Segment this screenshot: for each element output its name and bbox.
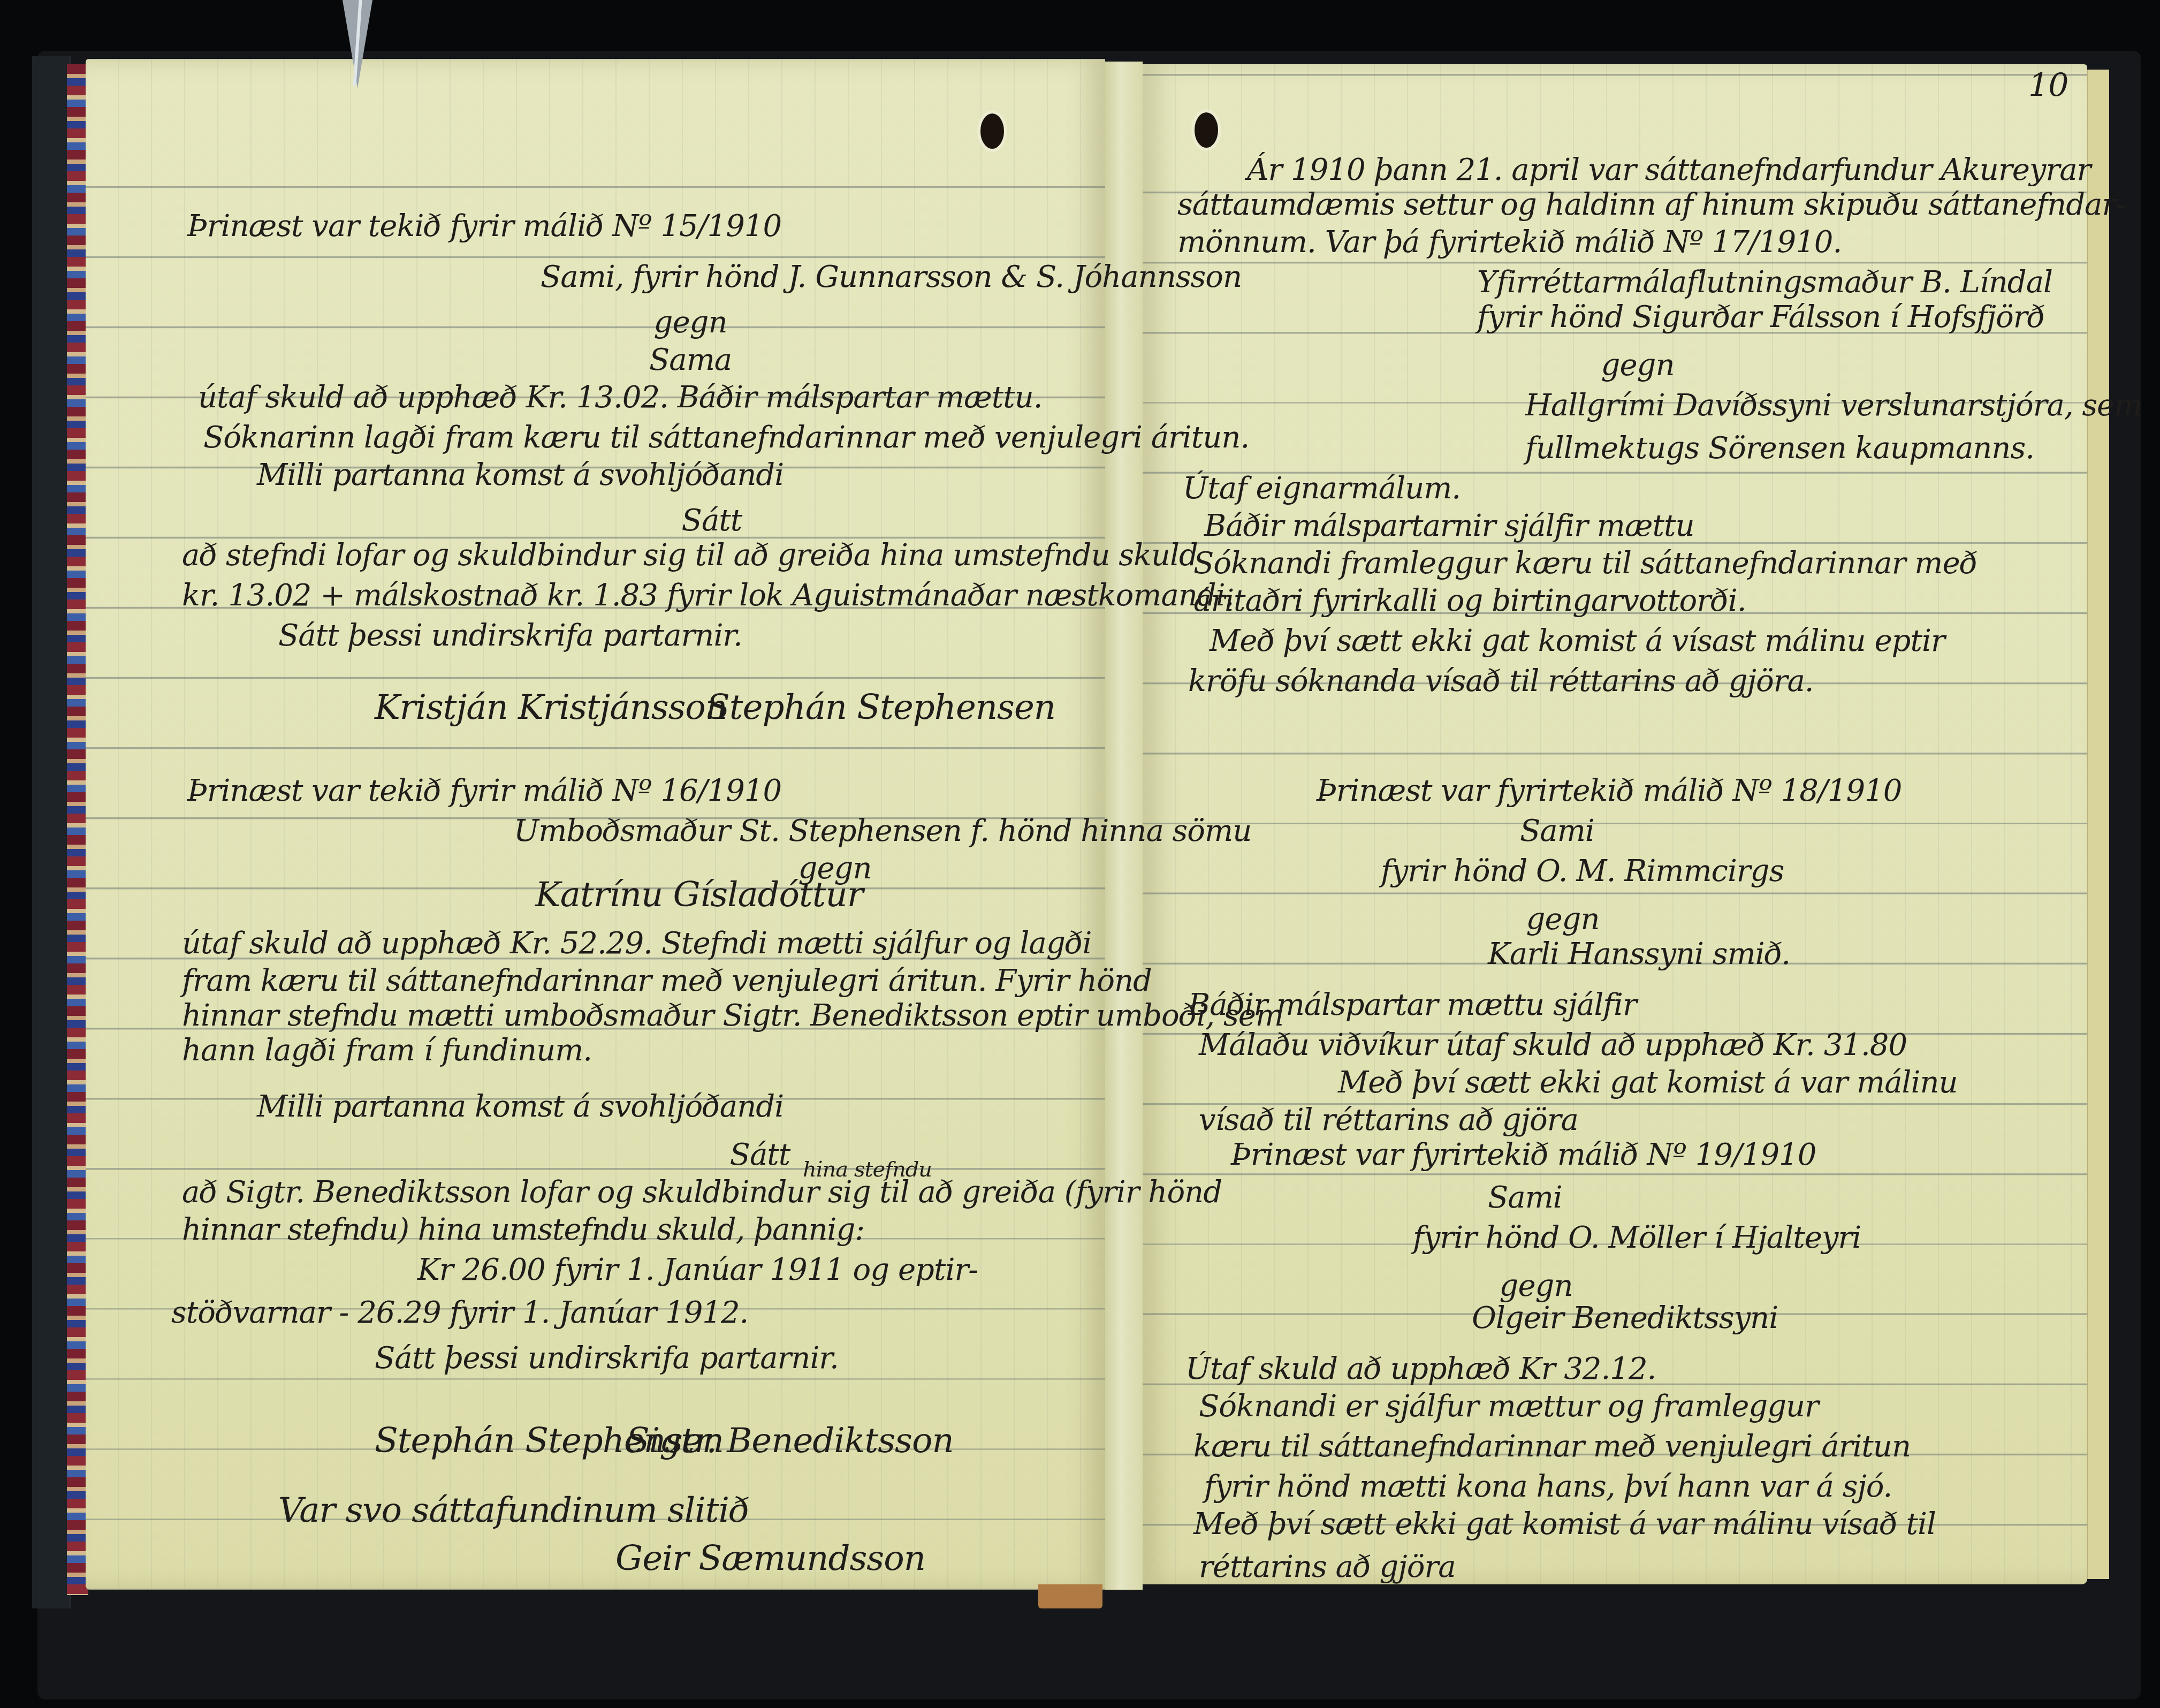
plaintiff-line: Umboðsmaður St. Stephensen f. hönd hinna… <box>514 816 1251 846</box>
defendant-line: Katrínu Gísladóttur <box>535 878 863 912</box>
punch-hole-icon <box>1195 112 1218 148</box>
body-line: Ár 1910 þann 21. april var sáttanefndarf… <box>1247 155 2090 185</box>
body-line: kröfu sóknanda vísað til réttarins að gj… <box>1188 666 1814 696</box>
body-line: hann lagði fram í fundinum. <box>182 1036 592 1066</box>
page-number: 10 <box>2028 70 2068 102</box>
plaintiff-line: Sami <box>1520 816 1594 846</box>
defendant-line: fullmektugs Sörensen kaupmanns. <box>1525 434 2034 464</box>
body-line: hinnar stefndu) hina umstefndu skuld, þa… <box>182 1215 864 1245</box>
body-line: fyrir hönd mætti kona hans, því hann var… <box>1204 1472 1892 1502</box>
body-line: Með því sætt ekki gat komist á var málin… <box>1338 1068 1958 1098</box>
signature: Sigtr. Benediktsson <box>626 1424 954 1458</box>
body-line: Milli partanna komst á svohljóðandi <box>257 1092 784 1122</box>
defendant-line: Karli Hanssyni smið. <box>1488 939 1790 969</box>
closing-line: Var svo sáttafundinum slitið <box>278 1493 749 1528</box>
plaintiff-line: fyrir hönd Sigurðar Fálsson í Hofsfjörð <box>1477 302 2044 332</box>
body-line: Sóknandi framleggur kæru til sáttanefnda… <box>1193 549 1977 579</box>
body-line: Sátt þessi undirskrifa partarnir. <box>278 621 742 651</box>
entry-heading: Þrinæst var fyrirtekið málið Nº 19/1910 <box>1231 1140 1816 1170</box>
payment-line: Kr 26.00 fyrir 1. Janúar 1911 og eptir- <box>417 1255 978 1285</box>
body-line: að Sigtr. Benediktsson lofar og skuldbin… <box>182 1178 1222 1208</box>
plaintiff-line: fyrir hönd O. M. Rimmcirgs <box>1381 856 1784 886</box>
body-line: að stefndi lofar og skuldbindur sig til … <box>182 541 1198 571</box>
settlement-heading: Sátt <box>682 506 742 536</box>
body-line: Útaf eignarmálum. <box>1183 474 1461 504</box>
body-line: Báðir málspartar mættu sjálfir <box>1188 990 1637 1020</box>
against-label: gegn <box>1500 1271 1573 1301</box>
chairman-signature: Geir Sæmundsson <box>615 1542 925 1576</box>
body-line: Milli partanna komst á svohljóðandi <box>257 460 784 490</box>
body-line: Sóknandi er sjálfur mættur og framleggur <box>1199 1392 1819 1422</box>
signature: Stephán Stephensen <box>706 690 1055 725</box>
defendant-line: Olgeir Benediktssyni <box>1472 1303 1778 1333</box>
plaintiff-line: Yfirréttarmálaflutningsmaður B. Líndal <box>1477 268 2052 298</box>
plaintiff-line: Sami <box>1488 1183 1562 1213</box>
body-line: hinnar stefndu mætti umboðsmaður Sigtr. … <box>182 1001 1283 1031</box>
entry-heading: Þrinæst var tekið fyrir málið Nº 16/1910 <box>187 776 781 806</box>
body-line: áritaðri fyrirkalli og birtingarvottorði… <box>1193 586 1746 616</box>
body-line: réttarins að gjöra <box>1199 1552 1456 1582</box>
body-line: sáttaumdæmis settur og haldinn af hinum … <box>1177 190 2125 220</box>
signature: Kristján Kristjánsson <box>375 690 727 725</box>
body-line: Útaf skuld að upphæð Kr 32.12. <box>1185 1354 1656 1384</box>
settlement-heading: Sátt <box>730 1140 790 1170</box>
defendant-line: Hallgrími Davíðssyni verslunarstjóra, se… <box>1525 391 2142 421</box>
body-line: mönnum. Var þá fyrirtekið málið Nº 17/19… <box>1177 227 1842 257</box>
body-line: fram kæru til sáttanefndarinnar með venj… <box>182 966 1152 996</box>
body-line: kr. 13.02 + málskostnað kr. 1.83 fyrir l… <box>182 581 1234 611</box>
against-label: gegn <box>1601 351 1675 381</box>
body-line: Báðir málspartarnir sjálfir mættu <box>1204 511 1694 541</box>
punch-hole-icon <box>980 113 1004 149</box>
entry-heading: Þrinæst var fyrirtekið málið Nº 18/1910 <box>1317 776 1902 806</box>
body-line: vísað til réttarins að gjöra <box>1199 1105 1578 1135</box>
page-block-edge <box>2087 70 2109 1579</box>
defendant-line: Sama <box>649 345 732 375</box>
plaintiff-line: fyrir hönd O. Möller í Hjalteyri <box>1413 1223 1861 1253</box>
body-line: Með því sætt ekki gat komist á var málin… <box>1193 1509 1936 1539</box>
against-label: gegn <box>1526 905 1600 935</box>
entry-heading: Þrinæst var tekið fyrir málið Nº 15/1910 <box>187 211 781 241</box>
body-line: Málaðu viðvíkur útaf skuld að upphæð Kr.… <box>1199 1030 1907 1060</box>
body-line: útaf skuld að upphæð Kr. 13.02. Báðir má… <box>198 383 1043 413</box>
body-line: Sóknarinn lagði fram kæru til sáttanefnd… <box>203 423 1249 453</box>
payment-line: stöðvarnar - 26.29 fyrir 1. Janúar 1912. <box>171 1298 748 1328</box>
body-line: kæru til sáttanefndarinnar með venjulegr… <box>1193 1432 1911 1462</box>
body-line: Sátt þessi undirskrifa partarnir. <box>375 1343 839 1373</box>
body-line: Með því sætt ekki gat komist á vísast má… <box>1210 626 1945 656</box>
book-spine-cloth <box>32 56 71 1608</box>
body-line: útaf skuld að upphæð Kr. 52.29. Stefndi … <box>182 929 1091 959</box>
against-label: gegn <box>654 308 727 338</box>
marbled-page-edge <box>67 64 88 1595</box>
plaintiff-line: Sami, fyrir hönd J. Gunnarsson & S. Jóha… <box>541 262 1242 292</box>
torn-page-corner <box>1038 1584 1102 1608</box>
